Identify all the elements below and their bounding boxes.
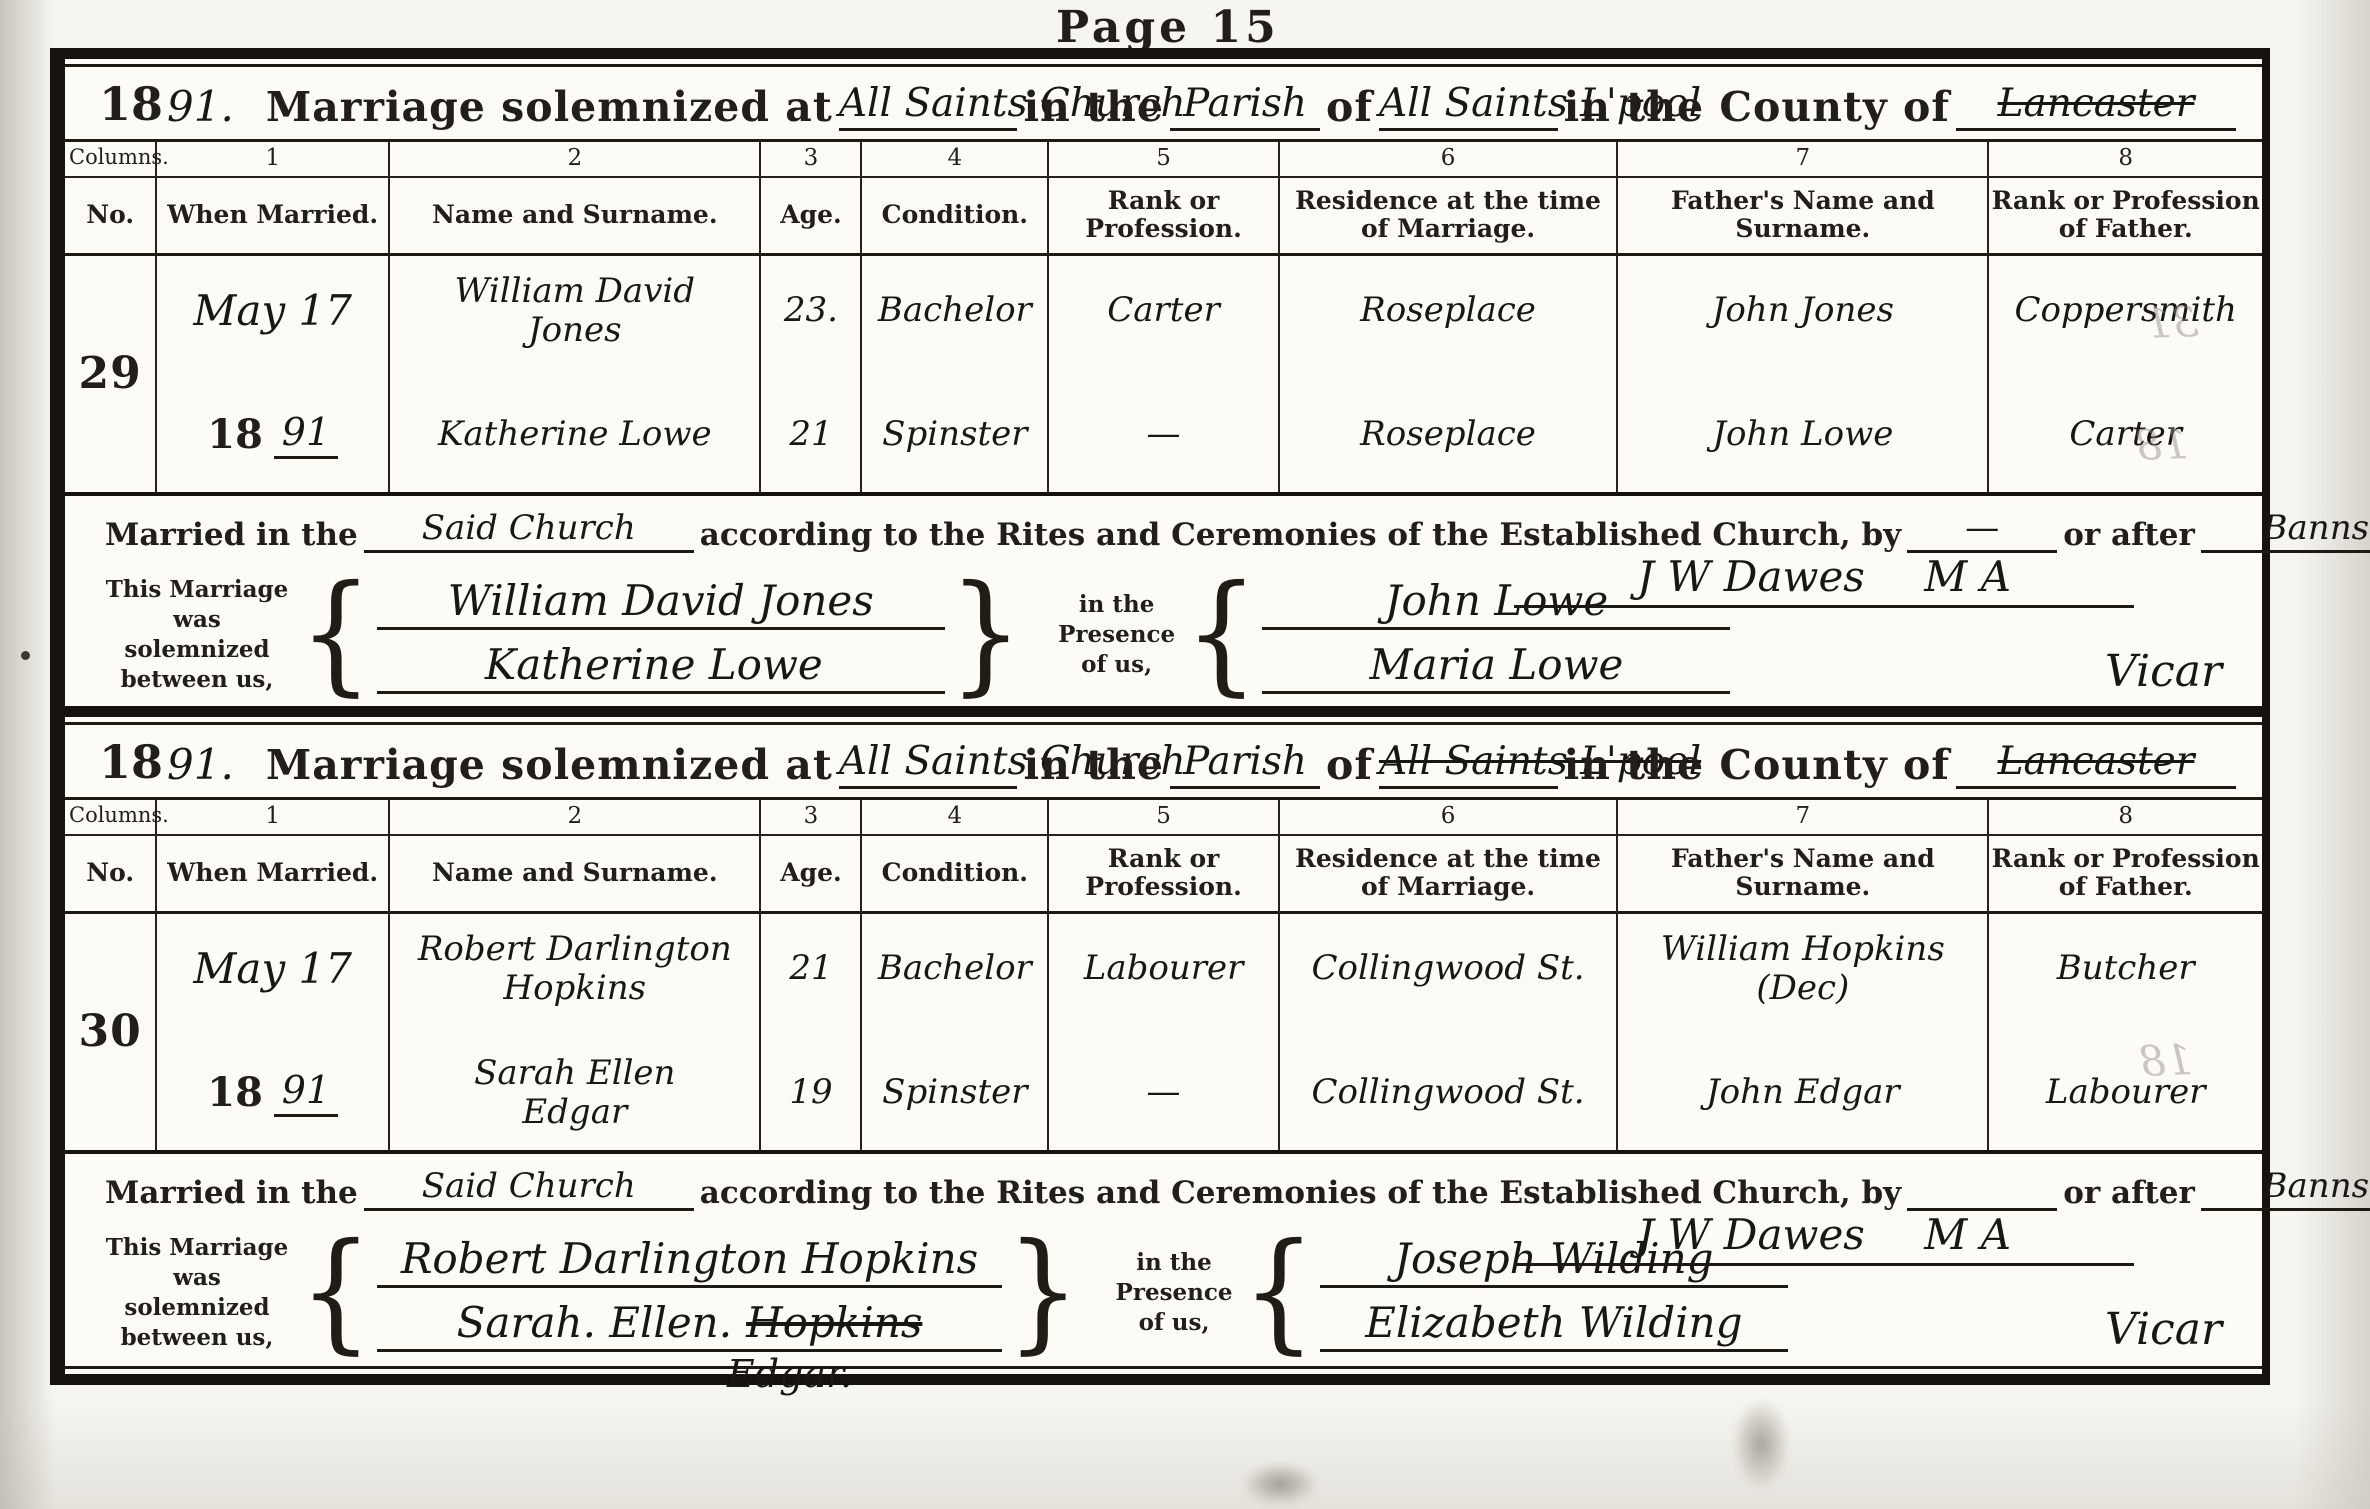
open-brace: { xyxy=(295,583,377,687)
married-in-the-label: Married in the xyxy=(99,1175,364,1211)
of-label: of xyxy=(1320,83,1379,131)
register-scan: Page 15 18 91. Marriage solemnized at Al… xyxy=(0,0,2370,1509)
page-title: Page 15 xyxy=(1056,2,1280,53)
bride-name: Sarah Ellen Edgar xyxy=(425,1050,725,1136)
groom-profession: Carter xyxy=(1053,268,1274,354)
groom-residence: Collingwood St. xyxy=(1284,926,1612,1012)
column-number: 2 xyxy=(390,800,761,836)
ink-smudge xyxy=(1732,1398,1790,1490)
column-header-father: Father's Name and Surname. xyxy=(1618,178,1989,256)
column-header-no: No. xyxy=(65,836,157,914)
bride-age: 21 xyxy=(765,392,856,478)
district-blank: Parish xyxy=(1170,739,1320,789)
bleed-through-ghost: 31 xyxy=(2144,297,2199,348)
county-handwritten: Lancaster xyxy=(1998,81,2195,126)
bride-age: 19 xyxy=(765,1050,856,1136)
rites-and-signatures: Married in the Said Church according to … xyxy=(65,496,2262,708)
district-handwritten: Parish xyxy=(1183,81,1307,126)
groom-name: Robert Darlington Hopkins xyxy=(410,926,740,1012)
column-number: 7 xyxy=(1618,142,1989,178)
solemnized-label: This Marriage was solemnized between us, xyxy=(99,575,295,695)
column-header-when-married: When Married. xyxy=(157,178,390,256)
column-header-condition: Condition. xyxy=(862,836,1049,914)
condition-cell: Bachelor Spinster xyxy=(862,256,1049,492)
column-header-no: No. xyxy=(65,178,157,256)
place-blank: All Saints Church xyxy=(839,739,1018,789)
officiant-title: Vicar xyxy=(2105,1304,2222,1355)
record-row: 29 May 17 18 91 William David Jones Kath… xyxy=(65,256,2262,496)
column-number: 5 xyxy=(1049,142,1280,178)
year-prefix: 18 xyxy=(99,77,163,131)
groom-name: William David Jones xyxy=(410,268,740,354)
bride-father-name: John Lowe xyxy=(1622,392,1983,478)
couple-signatures: William David Jones Katherine Lowe xyxy=(377,576,945,694)
when-married-cell: May 17 18 91 xyxy=(157,256,390,492)
column-header-father-rank: Rank or Profession of Father. xyxy=(1989,178,2261,256)
bleed-through-ghost: 18 xyxy=(2138,1035,2193,1086)
column-number: 4 xyxy=(862,800,1049,836)
officiant-credentials: M A xyxy=(1924,552,2011,601)
column-number: 8 xyxy=(1989,800,2261,836)
condition-cell: Bachelor Spinster xyxy=(862,914,1049,1150)
column-header-age: Age. xyxy=(761,836,862,914)
father-profession-cell: Butcher Labourer xyxy=(1989,914,2261,1150)
district-handwritten: Parish xyxy=(1183,739,1307,784)
bride-condition: Spinster xyxy=(866,1050,1043,1136)
when-married-cell: May 17 18 91 xyxy=(157,914,390,1150)
county-of-label: in the County of xyxy=(1558,741,1956,789)
according-label: according to the Rites and Ceremonies of… xyxy=(694,517,1907,553)
column-header-rank: Rank or Profession. xyxy=(1049,178,1280,256)
column-header-residence: Residence at the time of Marriage. xyxy=(1280,178,1618,256)
year-handwritten: 91. xyxy=(167,82,234,131)
church-blank: Said Church xyxy=(364,508,694,553)
county-blank: Lancaster xyxy=(1956,739,2236,789)
marriage-year: 18 91 xyxy=(161,392,384,478)
columns-caption: Columns. xyxy=(65,800,157,836)
groom-signature: William David Jones xyxy=(377,576,945,630)
parish-blank: All Saints L'pool xyxy=(1379,81,1558,131)
officiant-title: Vicar xyxy=(2105,646,2222,697)
marriage-year: 18 91 xyxy=(161,1050,384,1136)
officiant-signature: J W Dawes M A xyxy=(1514,1210,2134,1266)
column-number: 3 xyxy=(761,800,862,836)
marriage-record-section-30: 18 91. Marriage solemnized at All Saints… xyxy=(50,706,2270,1385)
witness-2-signature: Maria Lowe xyxy=(1262,640,1730,694)
open-brace: { xyxy=(1238,1241,1320,1345)
column-header-rank: Rank or Profession. xyxy=(1049,836,1280,914)
church-handwritten: Said Church xyxy=(422,508,636,548)
county-handwritten: Lancaster xyxy=(1998,739,2195,784)
section-headline: 18 91. Marriage solemnized at All Saints… xyxy=(65,67,2262,139)
column-number: 8 xyxy=(1989,142,2261,178)
father-name-cell: John Jones John Lowe xyxy=(1618,256,1989,492)
entry-number: 29 xyxy=(69,348,151,399)
column-header-band: Columns. 1 2 3 4 5 6 7 8 No. When Marrie… xyxy=(65,797,2262,914)
bleed-through-ghost: 18 xyxy=(2134,419,2189,470)
entry-number-cell: 30 xyxy=(65,914,157,1150)
columns-caption: Columns. xyxy=(65,142,157,178)
year-handwritten: 91. xyxy=(167,740,234,789)
bride-signature: Katherine Lowe xyxy=(377,640,945,694)
profession-cell: Carter — xyxy=(1049,256,1280,492)
close-brace: } xyxy=(945,583,1027,687)
according-label: according to the Rites and Ceremonies of… xyxy=(694,1175,1907,1211)
column-header-condition: Condition. xyxy=(862,178,1049,256)
bride-signature: Sarah. Ellen.HopkinsEdgar. xyxy=(377,1298,1002,1352)
column-header-father: Father's Name and Surname. xyxy=(1618,836,1989,914)
banns-blank: Banns xyxy=(2201,1166,2370,1211)
marriage-date: May 17 xyxy=(161,926,384,1012)
groom-condition: Bachelor xyxy=(866,268,1043,354)
column-header-father-rank: Rank or Profession of Father. xyxy=(1989,836,2261,914)
column-header-band: Columns. 1 2 3 4 5 6 7 8 No. When Marrie… xyxy=(65,139,2262,256)
licence-blank: — xyxy=(1907,508,2057,553)
column-header-residence: Residence at the time of Marriage. xyxy=(1280,836,1618,914)
banns-blank: Banns xyxy=(2201,508,2370,553)
bride-signature-correction: Edgar. xyxy=(727,1352,852,1396)
groom-condition: Bachelor xyxy=(866,926,1043,1012)
groom-residence: Roseplace xyxy=(1284,268,1612,354)
solemnized-label: This Marriage was solemnized between us, xyxy=(99,1233,295,1353)
in-the-label: in the xyxy=(1017,83,1170,131)
open-brace: { xyxy=(295,1241,377,1345)
column-number: 4 xyxy=(862,142,1049,178)
district-blank: Parish xyxy=(1170,81,1320,131)
bride-profession: — xyxy=(1053,1050,1274,1136)
record-row: 30 May 17 18 91 Robert Darlington Hopkin… xyxy=(65,914,2262,1154)
groom-profession: Labourer xyxy=(1053,926,1274,1012)
officiant-signature: J W Dawes M A xyxy=(1514,552,2134,608)
marriage-date: May 17 xyxy=(161,268,384,354)
rule-bottom-heavy xyxy=(65,1374,2262,1385)
column-header-name: Name and Surname. xyxy=(390,178,761,256)
couple-signatures: Robert Darlington Hopkins Sarah. Ellen.H… xyxy=(377,1234,1002,1352)
bride-father-profession: Carter xyxy=(1993,392,2257,478)
rites-line: Married in the Said Church according to … xyxy=(99,496,2236,553)
parish-blank: All Saints L'pool xyxy=(1379,739,1558,789)
ink-smudge xyxy=(1242,1462,1318,1506)
entry-number: 30 xyxy=(69,1006,151,1057)
entry-number-cell: 29 xyxy=(65,256,157,492)
section-headline: 18 91. Marriage solemnized at All Saints… xyxy=(65,725,2262,797)
or-after-label: or after xyxy=(2057,517,2201,553)
groom-signature: Robert Darlington Hopkins xyxy=(377,1234,1002,1288)
column-header-age: Age. xyxy=(761,178,862,256)
solemnized-at-label: Marriage solemnized at xyxy=(260,83,839,131)
place-blank: All Saints Church xyxy=(839,81,1018,131)
residence-cell: Roseplace Roseplace xyxy=(1280,256,1618,492)
groom-father-name: William Hopkins (Dec) xyxy=(1653,926,1953,1012)
bride-condition: Spinster xyxy=(866,392,1043,478)
or-after-label: or after xyxy=(2057,1175,2201,1211)
married-in-the-label: Married in the xyxy=(99,517,364,553)
in-the-label: in the xyxy=(1017,741,1170,789)
bride-residence: Collingwood St. xyxy=(1284,1050,1612,1136)
county-of-label: in the County of xyxy=(1558,83,1956,131)
column-number: 6 xyxy=(1280,800,1618,836)
bride-profession: — xyxy=(1053,392,1274,478)
presence-label: in the Presence of us, xyxy=(1053,590,1181,680)
ink-dot xyxy=(21,651,30,660)
column-number: 7 xyxy=(1618,800,1989,836)
profession-cell: Labourer — xyxy=(1049,914,1280,1150)
rites-line: Married in the Said Church according to … xyxy=(99,1154,2236,1211)
groom-father-profession: Coppersmith xyxy=(1993,268,2257,354)
banns-handwritten: Banns xyxy=(2263,508,2370,548)
bride-father-name: John Edgar xyxy=(1622,1050,1983,1136)
age-cell: 21 19 xyxy=(761,914,862,1150)
groom-age: 23. xyxy=(765,268,856,354)
officiant-credentials: M A xyxy=(1924,1210,2011,1259)
groom-father-name: John Jones xyxy=(1622,268,1983,354)
column-number: 2 xyxy=(390,142,761,178)
column-header-when-married: When Married. xyxy=(157,836,390,914)
open-brace: { xyxy=(1181,583,1263,687)
rule-top-heavy xyxy=(65,48,2262,59)
county-blank: Lancaster xyxy=(1956,81,2236,131)
rule-top-heavy xyxy=(65,706,2262,717)
year-prefix: 18 xyxy=(99,735,163,789)
column-number: 5 xyxy=(1049,800,1280,836)
church-handwritten: Said Church xyxy=(422,1166,636,1206)
age-cell: 23. 21 xyxy=(761,256,862,492)
groom-father-profession: Butcher xyxy=(1993,926,2257,1012)
name-cell: Robert Darlington Hopkins Sarah Ellen Ed… xyxy=(390,914,761,1150)
marriage-record-section-29: 18 91. Marriage solemnized at All Saints… xyxy=(50,48,2270,727)
residence-cell: Collingwood St. Collingwood St. xyxy=(1280,914,1618,1150)
witness-2-signature: Elizabeth Wilding xyxy=(1320,1298,1788,1352)
column-number: 1 xyxy=(157,142,390,178)
column-number: 3 xyxy=(761,142,862,178)
church-blank: Said Church xyxy=(364,1166,694,1211)
father-name-cell: William Hopkins (Dec) John Edgar xyxy=(1618,914,1989,1150)
father-profession-cell: Coppersmith Carter xyxy=(1989,256,2261,492)
bride-residence: Roseplace xyxy=(1284,392,1612,478)
of-label: of xyxy=(1320,741,1379,789)
column-number: 6 xyxy=(1280,142,1618,178)
bride-father-profession: Labourer xyxy=(1993,1050,2257,1136)
close-brace: } xyxy=(1002,1241,1084,1345)
rites-and-signatures: Married in the Said Church according to … xyxy=(65,1154,2262,1366)
column-header-name: Name and Surname. xyxy=(390,836,761,914)
bride-signature-struck: Hopkins xyxy=(746,1298,922,1347)
solemnized-at-label: Marriage solemnized at xyxy=(260,741,839,789)
licence-handwritten: — xyxy=(1965,508,1999,548)
bride-name: Katherine Lowe xyxy=(394,392,755,478)
groom-age: 21 xyxy=(765,926,856,1012)
banns-handwritten: Banns xyxy=(2263,1166,2370,1206)
column-number: 1 xyxy=(157,800,390,836)
presence-label: in the Presence of us, xyxy=(1110,1248,1238,1338)
name-cell: William David Jones Katherine Lowe xyxy=(390,256,761,492)
